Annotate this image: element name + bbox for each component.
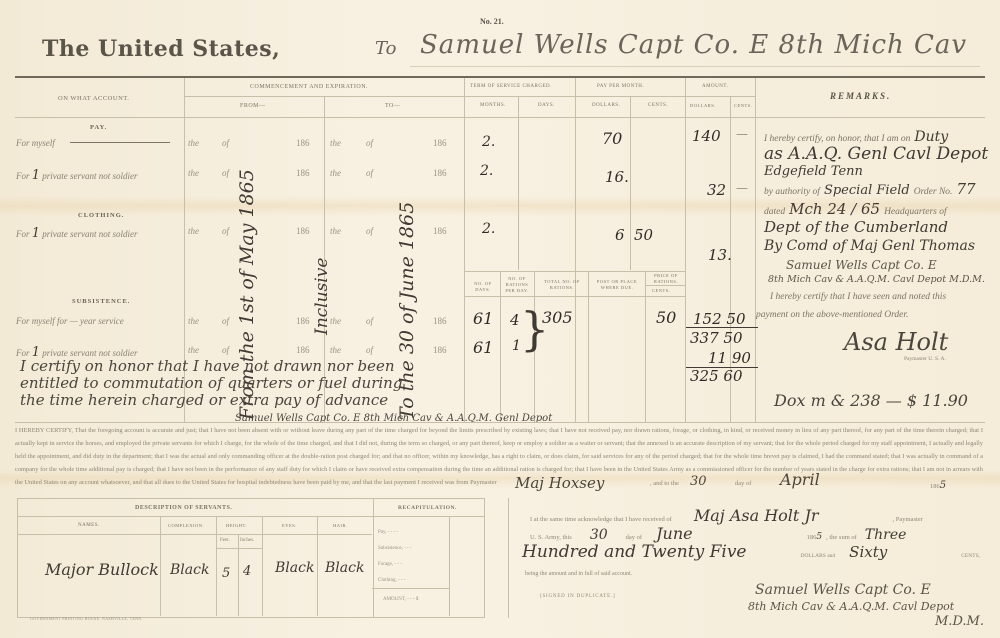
rations-col-days: NO. OF DAYS. — [468, 281, 498, 293]
recap-subsistence: Subsistence, - - - — [378, 541, 412, 557]
recap-amount: AMOUNT, - - - $ — [383, 597, 418, 602]
last-paymaster-name: Maj Hoxsey — [515, 474, 604, 492]
col-amount: AMOUNT. — [702, 84, 728, 89]
servant-inches: 4 — [243, 564, 251, 579]
rations-col-per-day: NO. OF RATIONS PER DAY. — [502, 276, 532, 294]
receipt-signature-3: M.D.M. — [935, 614, 984, 629]
handwritten-inclusive: Inclusive — [312, 225, 332, 335]
servant-complexion: Black — [170, 562, 209, 578]
handwritten-certification: I certify on honor that I have not drawn… — [20, 358, 402, 409]
pay-dollars-row-2: 6 — [615, 226, 625, 244]
sum-line-2: 337 50 — [690, 329, 743, 347]
and-to-the-label: , and to the — [650, 480, 679, 487]
sum-line-3: 11 90 — [708, 349, 751, 367]
remarks-certify-line-2: payment on the above-mentioned Order. — [756, 310, 908, 320]
col-pay-cents: CENTS. — [648, 103, 668, 108]
servants-col-height: HEIGHT. — [226, 523, 247, 528]
servant-eyes: Black — [275, 560, 314, 576]
recap-pay: Pay, - - - - — [378, 525, 412, 541]
voucher-number-value: 21. — [494, 17, 504, 26]
certification-text: I HEREBY CERTIFY, That the foregoing acc… — [15, 424, 983, 489]
remarks-signature-2: 8th Mich Cav & A.A.Q.M. Cavl Depot M.D.M… — [768, 274, 985, 285]
pay-dollars-row-0: 70 — [602, 129, 622, 148]
col-amount-cents: CENTS. — [734, 103, 752, 108]
to-label: To — [375, 38, 396, 59]
receipt-cents: Sixty — [849, 543, 887, 561]
paymaster-title: Paymaster U. S. A. — [904, 356, 946, 362]
rations-col-price: PRICE OF RATIONS. — [648, 273, 684, 285]
col-from: FROM— — [240, 103, 266, 109]
receipt-signature-2: 8th Mich Cav & A.A.Q.M. Cavl Depot — [748, 600, 954, 613]
handwritten-cert-line-2: entitled to commutation of quarters or f… — [20, 375, 402, 392]
rations-col-post: POST OR PLACE WHERE DUE. — [592, 279, 642, 291]
sum-total: 325 60 — [690, 367, 743, 385]
remarks-duty: Duty — [914, 129, 948, 145]
recap-title: RECAPITULATION. — [398, 505, 457, 511]
receipt-line-4: being the amount and in full of said acc… — [525, 571, 632, 577]
receipt-sum-words: Hundred and Twenty Five — [522, 542, 746, 562]
servants-title: DESCRIPTION OF SERVANTS. — [135, 505, 232, 511]
cert-month: April — [780, 470, 820, 489]
day-of-label: day of — [735, 480, 751, 487]
handwritten-cert-line-1: I certify on honor that I have not drawn… — [20, 358, 402, 375]
voucher-number-label: No. — [480, 17, 492, 26]
servant-hair: Black — [325, 560, 364, 576]
rations-days-row-0: 61 — [473, 309, 493, 328]
remarks-certify-line-1: I hereby certify that I have seen and no… — [770, 292, 946, 302]
row-label-myself-subsistence: For myself for — year service — [16, 316, 124, 326]
rations-price-row-0: 50 — [656, 308, 676, 327]
amount-cents-row-1: — — [736, 181, 748, 195]
months-row-1: 2. — [480, 163, 493, 179]
document-title: The United States, — [42, 36, 280, 62]
rations-col-total: TOTAL NO. OF RATIONS. — [538, 279, 586, 291]
remarks-order-number: 77 — [956, 180, 975, 198]
cert-year: 1865 — [930, 480, 946, 491]
row-label-servant-pay: For 1 private servant not soldier — [16, 168, 138, 183]
row-label-servant-clothing: For 1 private servant not soldier — [16, 226, 138, 241]
remarks-order-type: Special Field — [824, 183, 910, 198]
servant-name: Major Bullock — [45, 560, 159, 579]
servants-col-hair: HAIR. — [333, 523, 348, 528]
col-days: DAYS. — [538, 103, 555, 108]
amount-cents-row-0: — — [736, 127, 748, 141]
rations-col-price-cents: CENTS. — [652, 288, 670, 293]
months-row-0: 2. — [482, 134, 495, 150]
months-row-2: 2. — [482, 221, 495, 237]
col-remarks: REMARKS. — [830, 91, 891, 101]
servants-col-complexion: COMPLEXION. — [168, 523, 204, 528]
payee-name: Samuel Wells Capt Co. E 8th Mich Cav — [420, 30, 967, 60]
remarks-department: Dept of the Cumberland — [764, 218, 948, 236]
col-months: MONTHS. — [480, 103, 506, 108]
signed-in-duplicate: [SIGNED IN DUPLICATE.] — [540, 594, 616, 599]
servant-feet: 5 — [222, 566, 230, 581]
printer-imprint: GOVERNMENT PRINTING HOUSE, NASHVILLE, TE… — [30, 616, 143, 621]
section-pay: PAY. — [90, 124, 107, 131]
remarks-command: By Comd of Maj Genl Thomas — [764, 238, 975, 254]
pay-cents-row-2: 50 — [634, 226, 653, 244]
amount-dollars-row-2: 13. — [708, 246, 732, 264]
row-label-myself-pay: For myself — [16, 138, 55, 148]
section-subsistence: SUBSISTENCE. — [72, 298, 130, 305]
paymaster-signature: Asa Holt — [844, 328, 948, 356]
col-pay-dollars: DOLLARS. — [592, 103, 620, 108]
remarks-memo: Dox m & 238 — $ 11.90 — [774, 391, 968, 410]
receipt-line-1: I at the same time acknowledge that I ha… — [530, 506, 923, 526]
rations-per-day-row-0: 4 — [510, 311, 520, 329]
receipt-paymaster: Maj Asa Holt Jr — [694, 506, 819, 525]
col-commencement: COMMENCEMENT AND EXPIRATION. — [250, 84, 368, 90]
receipt-line-3: Hundred and Twenty Five DOLLARS and Sixt… — [522, 542, 980, 562]
receipt-sum-hundreds: Three — [865, 527, 907, 543]
voucher-number: No. 21. — [480, 17, 504, 26]
header-rule — [15, 76, 985, 78]
rations-total-row-0: 305 — [542, 308, 573, 327]
col-pay-per-month: PAY PER MONTH. — [597, 84, 644, 89]
servants-col-inches: Inches. — [240, 538, 254, 543]
handwritten-cert-line-3: the time herein charged or extra pay of … — [20, 392, 402, 409]
section-clothing: CLOTHING. — [78, 212, 124, 219]
recap-forage: Forage, - - - — [378, 557, 412, 573]
receipt-day: 30 — [590, 527, 608, 543]
remarks-signature-1: Samuel Wells Capt Co. E — [786, 258, 937, 272]
remarks-order-date: Mch 24 / 65 — [789, 200, 880, 218]
receipt-signature-1: Samuel Wells Capt Co. E — [755, 582, 931, 598]
amount-dollars-row-1: 32 — [707, 181, 726, 199]
sum-line-1: 152 50 — [693, 310, 746, 328]
amount-dollars-row-0: 140 — [692, 127, 721, 145]
receipt-line-2: U. S. Army, this 30 day of June 1865 , t… — [530, 524, 906, 544]
receipt-month: June — [656, 524, 693, 543]
remarks-location: Edgefield Tenn — [764, 164, 863, 179]
col-term: TERM OF SERVICE CHARGED. — [470, 84, 552, 89]
rations-days-row-1: 61 — [473, 338, 493, 357]
servants-col-names: NAMES. — [78, 523, 100, 528]
servants-col-feet: Feet. — [220, 538, 230, 543]
recap-clothing: Clothing, - - - — [378, 573, 412, 589]
servants-col-eyes: EYES. — [282, 523, 297, 528]
col-amount-dollars: DOLLARS. — [690, 103, 716, 108]
col-to: TO— — [385, 103, 400, 109]
pay-dollars-row-1: 16. — [605, 168, 629, 186]
cert-day: 30 — [690, 474, 707, 489]
recap-items: Pay, - - - - Subsistence, - - - Forage, … — [378, 525, 412, 589]
col-on-what-account: ON WHAT ACCOUNT. — [58, 95, 129, 102]
remarks-duty-detail: as A.A.Q. Genl Cavl Depot — [764, 144, 988, 164]
